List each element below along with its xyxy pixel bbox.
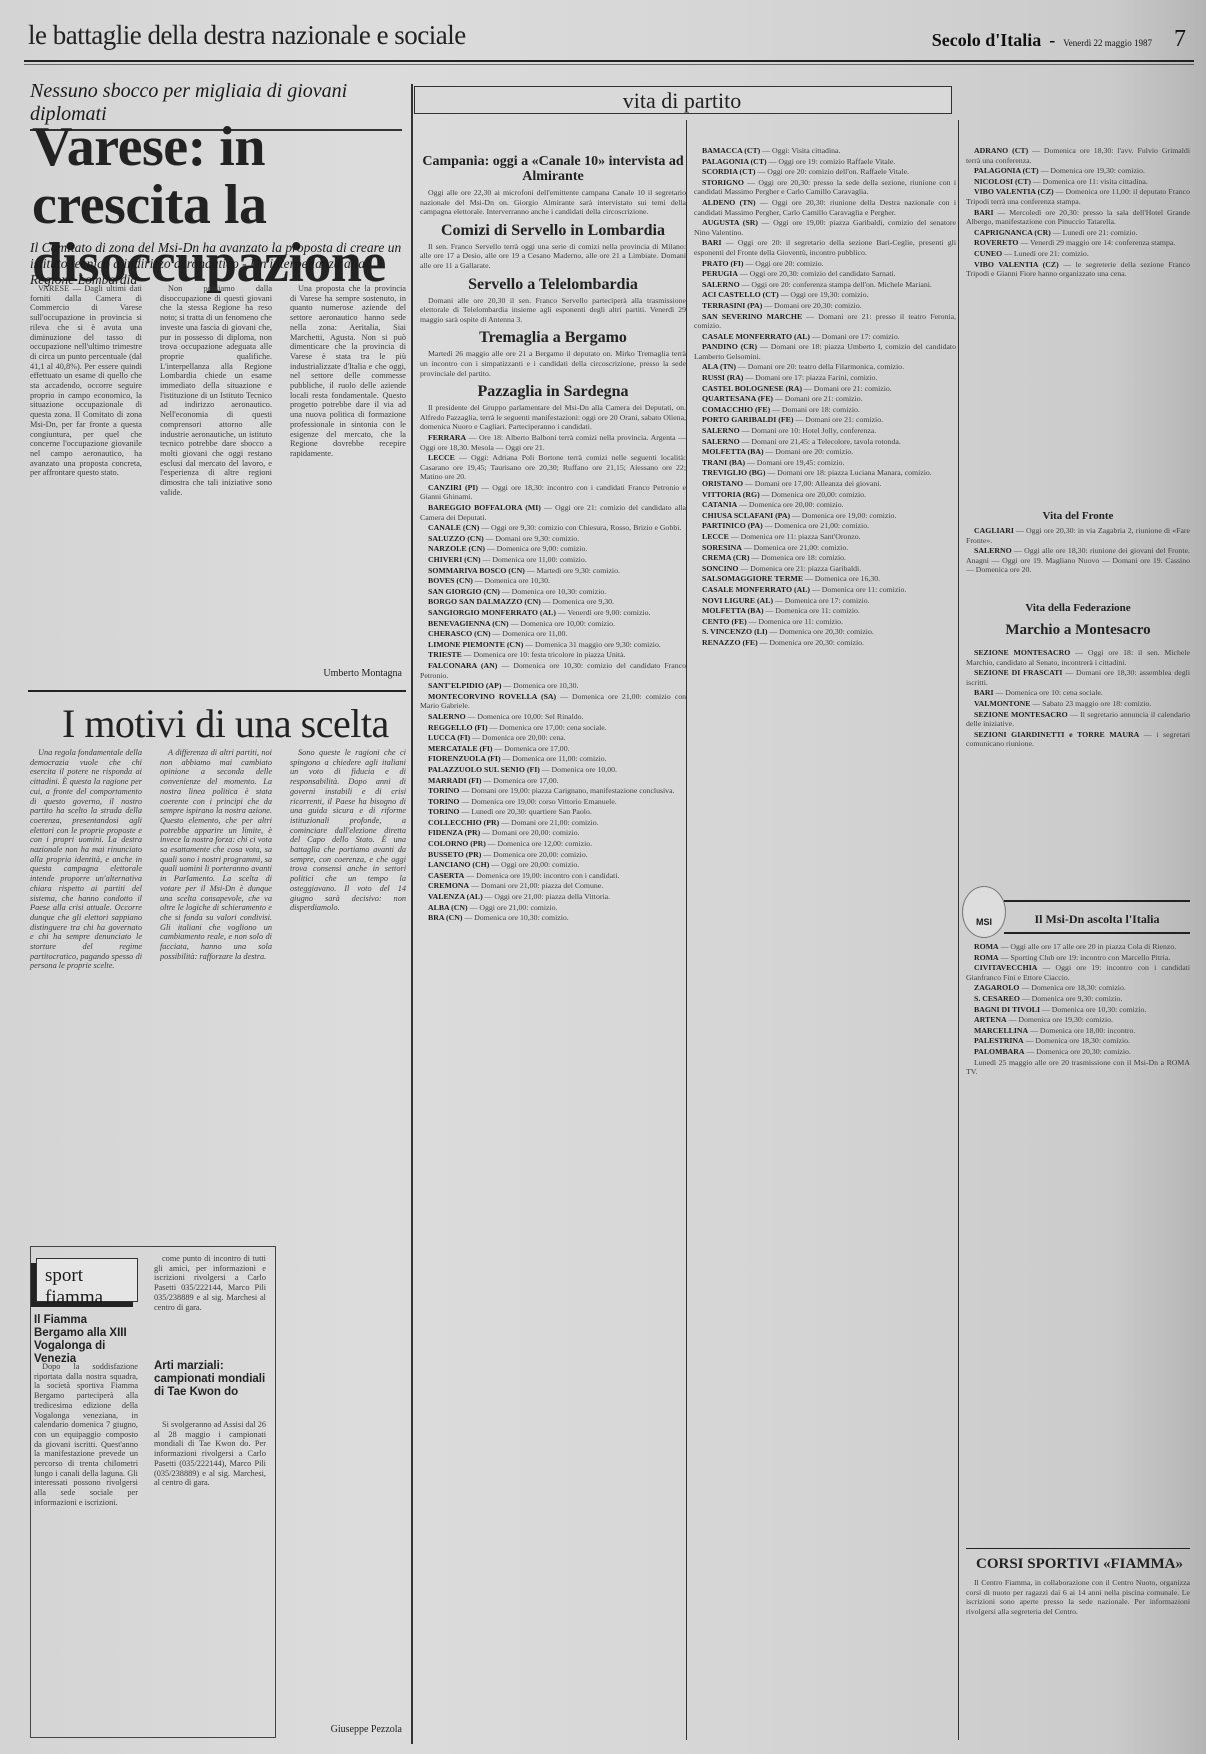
- party-item-body: Domani alle ore 20,30 il sen. Franco Ser…: [420, 296, 686, 325]
- event-item: CREMONA — Domani ore 21,00: piazza del C…: [420, 881, 686, 891]
- event-item: BORGO SAN DALMAZZO (CN) — Domenica ore 9…: [420, 597, 686, 607]
- event-item: BARI — Mercoledì ore 20,30: presso la sa…: [966, 208, 1190, 227]
- event-item: PALAGONIA (CT) — Domenica ore 19,30: com…: [966, 166, 1190, 176]
- event-item: SOMMARIVA BOSCO (CN) — Martedì ore 9,30:…: [420, 566, 686, 576]
- event-item: MARCELLINA — Domenica ore 18,00: incontr…: [966, 1026, 1190, 1036]
- radio-events: ROMA — Oggi alle ore 17 alle ore 20 in p…: [966, 942, 1190, 1538]
- event-item: SALERNO — Domenica ore 10,00: Sel Rinald…: [420, 712, 686, 722]
- event-item: PALESTRINA — Domenica ore 18,30: comizio…: [966, 1036, 1190, 1046]
- federazione-events: SEZIONE MONTESACRO — Oggi ore 18: il sen…: [966, 648, 1190, 878]
- header-rule: [24, 60, 1194, 62]
- party-column-1: Campania: oggi a «Canale 10» intervista …: [420, 148, 686, 1748]
- column-divider: [686, 120, 687, 1740]
- event-item: RENAZZO (FE) — Domenica ore 20,30: comiz…: [694, 638, 956, 648]
- event-item: CASTEL BOLOGNESE (RA) — Domani ore 21: c…: [694, 384, 956, 394]
- event-item: CASERTA — Domenica ore 19,00: incontro c…: [420, 871, 686, 881]
- event-item: TRANI (BA) — Domani ore 19,45: comizio.: [694, 458, 956, 468]
- event-item: TORINO — Domani ore 19,00: piazza Carign…: [420, 786, 686, 796]
- party-item-title: Pazzaglia in Sardegna: [420, 384, 686, 399]
- event-item: LIMONE PIEMONTE (CN) — Domenica 31 maggi…: [420, 640, 686, 650]
- event-item: VALENZA (AL) — Oggi ore 21,00: piazza de…: [420, 892, 686, 902]
- event-item: ALBA (CN) — Oggi ore 21,00: comizio.: [420, 903, 686, 913]
- event-item: SEZIONE MONTESACRO — Oggi ore 18: il sen…: [966, 648, 1190, 667]
- second-column-1: Una regola fondamentale della democrazia…: [30, 748, 142, 1238]
- event-item: BAREGGIO BOFFALORA (MI) — Oggi ore 21: c…: [420, 503, 686, 522]
- event-item: TREVIGLIO (BG) — Domani ore 18: piazza L…: [694, 468, 956, 478]
- second-headline: I motivi di una scelta: [62, 700, 389, 747]
- event-item: SANT'ELPIDIO (AP) — Domenica ore 10,30.: [420, 681, 686, 691]
- event-item: NOVI LIGURE (AL) — Domenica ore 17: comi…: [694, 596, 956, 606]
- sport-article-body: Dopo la soddisfazione riportata dalla no…: [34, 1362, 138, 1732]
- party-item-title: Tremaglia a Bergamo: [420, 330, 686, 345]
- event-item: PALAZZUOLO SUL SENIO (FI) — Domenica ore…: [420, 765, 686, 775]
- event-item: VIBO VALENTIA (CZ) — le segreterie della…: [966, 260, 1190, 279]
- event-item: FALCONARA (AN) — Domenica ore 10,30: com…: [420, 661, 686, 680]
- event-item: ZAGAROLO — Domenica ore 18,30: comizio.: [966, 983, 1190, 993]
- lead-column-text: Non possiamo dalla disoccupazione di que…: [160, 284, 272, 497]
- event-item: BAMACCA (CT) — Oggi: Visita cittadina.: [694, 146, 956, 156]
- event-item: SALERNO — Oggi ore 20: conferenza stampa…: [694, 280, 956, 290]
- event-item: FIORENZUOLA (FI) — Domenica ore 11,00: c…: [420, 754, 686, 764]
- second-column-2: A differenza di altri partiti, noi non a…: [160, 748, 272, 1238]
- event-item: SORESINA — Domenica ore 21,00: comizio.: [694, 543, 956, 553]
- event-item: COMACCHIO (FE) — Domani ore 18: comizio.: [694, 405, 956, 415]
- event-item: PORTO GARIBALDI (FE) — Domani ore 21: co…: [694, 415, 956, 425]
- party-item-body: Oggi alle ore 22,30 ai microfoni dell'em…: [420, 188, 686, 217]
- corsi-body: Il Centro Fiamma, in collaborazione con …: [966, 1578, 1190, 1738]
- event-item: SEZIONE DI FRASCATI — Domani ore 18,30: …: [966, 668, 1190, 687]
- lead-column-3: Una proposta che la provincia di Varese …: [290, 284, 406, 640]
- second-column-text: A differenza di altri partiti, noi non a…: [160, 748, 272, 961]
- column-divider: [411, 84, 413, 1744]
- event-item: CASALE MONFERRATO (AL) — Domenica ore 11…: [694, 585, 956, 595]
- event-item: SCORDIA (CT) — Oggi ore 20: comizio dell…: [694, 167, 956, 177]
- event-item: NICOLOSI (CT) — Domenica ore 11: visita …: [966, 177, 1190, 187]
- event-item: REGGELLO (FI) — Domenica ore 17,00: cena…: [420, 723, 686, 733]
- event-item: CHIVERI (CN) — Domenica ore 11,00: comiz…: [420, 555, 686, 565]
- sport-article-body: Si svolgeranno ad Assisi dal 26 al 28 ma…: [154, 1420, 266, 1730]
- event-item: CAGLIARI — Oggi ore 20,30: in via Zagabr…: [966, 526, 1190, 545]
- event-item: TORINO — Domenica ore 19,00: corso Vitto…: [420, 797, 686, 807]
- event-item: BARI — Oggi ore 20: il segretario della …: [694, 238, 956, 257]
- sport-article-title: Il Fiamma Bergamo alla XIII Vogalonga di…: [34, 1314, 138, 1366]
- masthead-separator: -: [1049, 30, 1055, 51]
- event-item: MONTECORVINO ROVELLA (SA) — Domenica ore…: [420, 692, 686, 711]
- corsi-text: Il Centro Fiamma, in collaborazione con …: [966, 1578, 1190, 1616]
- lead-column-text: VARESE — Dagli ultimi dati forniti dalla…: [30, 284, 142, 478]
- event-item: CHERASCO (CN) — Domenica ore 11,00.: [420, 629, 686, 639]
- sport-logo-text: sport fiamma: [37, 1259, 137, 1309]
- event-item: BENEVAGIENNA (CN) — Domenica ore 10,00: …: [420, 619, 686, 629]
- event-item: COLLECCHIO (PR) — Domani ore 21,00: comi…: [420, 818, 686, 828]
- event-item: LUCCA (FI) — Domenica ore 20,00: cena.: [420, 733, 686, 743]
- event-item: TRIESTE — Domenica ore 10: festa tricolo…: [420, 650, 686, 660]
- party-column-2: BAMACCA (CT) — Oggi: Visita cittadina.PA…: [694, 146, 956, 1746]
- party-item-body: Il presidente del Gruppo parlamentare de…: [420, 403, 686, 432]
- party-item-title: Servello a Telelombardia: [420, 277, 686, 292]
- event-item: SEZIONE MONTESACRO — Il segretario annun…: [966, 710, 1190, 729]
- event-item: COLORNO (PR) — Domenica ore 12,00: comiz…: [420, 839, 686, 849]
- corsi-title: CORSI SPORTIVI «FIAMMA»: [976, 1556, 1183, 1573]
- event-item: ROMA — Oggi alle ore 17 alle ore 20 in p…: [966, 942, 1190, 952]
- second-column-text: Una regola fondamentale della democrazia…: [30, 748, 142, 971]
- event-item: SAN GIORGIO (CN) — Domenica ore 10,30: c…: [420, 587, 686, 597]
- events-list: ADRANO (CT) — Domenica ore 18,30: l'avv.…: [966, 146, 1190, 279]
- event-item: SAN SEVERINO MARCHE — Domani ore 21: pre…: [694, 312, 956, 331]
- sport-article-text: Dopo la soddisfazione riportata dalla no…: [34, 1362, 138, 1508]
- party-item-title: Campania: oggi a «Canale 10» intervista …: [420, 154, 686, 184]
- event-item: CIVITAVECCHIA — Oggi ore 19: incontro co…: [966, 963, 1190, 982]
- event-item: QUARTESANA (FE) — Domani ore 21: comizio…: [694, 394, 956, 404]
- event-item: ADRANO (CT) — Domenica ore 18,30: l'avv.…: [966, 146, 1190, 165]
- event-item: SALERNO — Domani ore 10: Hotel Jolly, co…: [694, 426, 956, 436]
- event-item: SALERNO — Oggi alle ore 18,30: riunione …: [966, 546, 1190, 575]
- event-item: VALMONTONE — Sabato 23 maggio ore 18: co…: [966, 699, 1190, 709]
- sport-intro-continued: come punto di incontro di tutti gli amic…: [154, 1254, 266, 1348]
- event-item: SANGIORGIO MONFERRATO (AL) — Venerdì ore…: [420, 608, 686, 618]
- local-events-list: FERRARA — Ore 18: Alberto Balboni terrà …: [420, 433, 686, 923]
- event-item: ROVERETO — Venerdì 29 maggio ore 14: con…: [966, 238, 1190, 248]
- lead-deck: Il Comitato di zona del Msi-Dn ha avanza…: [30, 240, 406, 288]
- event-item: PALAGONIA (CT) — Oggi ore 19: comizio Ra…: [694, 157, 956, 167]
- event-item: S. CESAREO — Domenica ore 9,30: comizio.: [966, 994, 1190, 1004]
- event-item: ACI CASTELLO (CT) — Oggi ore 19,30: comi…: [694, 290, 956, 300]
- radio-rule-bottom: [1004, 932, 1190, 934]
- lead-byline: Umberto Montagna: [290, 668, 402, 679]
- issue-date: Venerdì 22 maggio 1987: [1063, 38, 1152, 48]
- event-item: CHIUSA SCLAFANI (PA) — Domenica ore 19,0…: [694, 511, 956, 521]
- event-item: PERUGIA — Oggi ore 20,30: comizio del ca…: [694, 269, 956, 279]
- federazione-subtitle: Marchio a Montesacro: [966, 622, 1190, 639]
- radio-title: Il Msi-Dn ascolta l'Italia: [1004, 912, 1190, 927]
- event-item: CANZIRI (PI) — Oggi ore 18,30: incontro …: [420, 483, 686, 502]
- sport-fiamma-logo: sport fiamma: [36, 1258, 138, 1302]
- events-list: BAMACCA (CT) — Oggi: Visita cittadina.PA…: [694, 146, 956, 648]
- lead-column-1: VARESE — Dagli ultimi dati forniti dalla…: [30, 284, 142, 676]
- event-item: SONCINO — Domenica ore 21: piazza Gariba…: [694, 564, 956, 574]
- event-item: MERCATALE (FI) — Domenica ore 17,00.: [420, 744, 686, 754]
- event-item: RUSSI (RA) — Domani ore 17: piazza Farin…: [694, 373, 956, 383]
- event-item: BUSSETO (PR) — Domenica ore 20,00: comiz…: [420, 850, 686, 860]
- lead-column-text: Una proposta che la provincia di Varese …: [290, 284, 406, 459]
- event-item: SALSOMAGGIORE TERME — Domenica ore 16,30…: [694, 574, 956, 584]
- party-column-3: ADRANO (CT) — Domenica ore 18,30: l'avv.…: [966, 146, 1190, 486]
- page-number: 7: [1174, 26, 1186, 53]
- radio-rule-top: [1004, 900, 1190, 902]
- fronte-events: CAGLIARI — Oggi ore 20,30: in via Zagabr…: [966, 526, 1190, 586]
- federazione-title: Vita della Federazione: [966, 602, 1190, 614]
- vita-di-partito-title: vita di partito: [414, 88, 950, 114]
- event-item: S. VINCENZO (LI) — Domenica ore 20,30: c…: [694, 627, 956, 637]
- corsi-rule: [966, 1548, 1190, 1549]
- newspaper-page: le battaglie della destra nazionale e so…: [0, 0, 1206, 1754]
- event-item: VIBO VALENTIA (CZ) — Domenica ore 11,00:…: [966, 187, 1190, 206]
- event-item: FIDENZA (PR) — Domani ore 20,00: comizio…: [420, 828, 686, 838]
- event-item: MOLFETTA (BA) — Domenica ore 11: comizio…: [694, 606, 956, 616]
- event-item: BAGNI DI TIVOLI — Domenica ore 10,30: co…: [966, 1005, 1190, 1015]
- event-item: ORISTANO — Domani ore 17,00: Alleanza de…: [694, 479, 956, 489]
- event-item: LECCE — Domenica ore 11: piazza Sant'Oro…: [694, 532, 956, 542]
- event-item: CUNEO — Lunedì ore 21: comizio.: [966, 249, 1190, 259]
- event-item: BOVES (CN) — Domenica ore 10,30.: [420, 576, 686, 586]
- event-item: PRATO (FI) — Oggi ore 20: comizio.: [694, 259, 956, 269]
- masthead: Secolo d'Italia - Venerdì 22 maggio 1987…: [932, 26, 1186, 53]
- lead-column-2: Non possiamo dalla disoccupazione di que…: [160, 284, 272, 676]
- event-item: CANALE (CN) — Oggi ore 9,30: comizio con…: [420, 523, 686, 533]
- event-item: ALA (TN) — Domani ore 20: teatro della F…: [694, 362, 956, 372]
- event-item: SALUZZO (CN) — Domani ore 9,30: comizio.: [420, 534, 686, 544]
- event-item: CATANIA — Domenica ore 20,00: comizio.: [694, 500, 956, 510]
- event-item: AUGUSTA (SR) — Oggi ore 19,00: piazza Ga…: [694, 218, 956, 237]
- event-item: LANCIANO (CH) — Oggi ore 20,00: comizio.: [420, 860, 686, 870]
- events-list: ROMA — Oggi alle ore 17 alle ore 20 in p…: [966, 942, 1190, 1077]
- party-item-body: Il sen. Franco Servello terrà oggi una s…: [420, 242, 686, 271]
- event-item: ALDENO (TN) — Oggi ore 20,30: riunione d…: [694, 198, 956, 217]
- event-item: NARZOLE (CN) — Domenica ore 9,00: comizi…: [420, 544, 686, 554]
- second-column-text: Sono queste le ragioni che ci spingono a…: [290, 748, 406, 913]
- event-item: STORIGNO — Oggi ore 20,30: presso la sed…: [694, 178, 956, 197]
- event-item: CREMA (CR) — Domenica ore 18: comizio.: [694, 553, 956, 563]
- msi-logo-text: MSI: [963, 917, 1005, 927]
- second-byline: Giuseppe Pezzola: [290, 1724, 402, 1735]
- event-item: LECCE — Oggi: Adriana Poli Bortone terrà…: [420, 453, 686, 482]
- sport-intro-text: come punto di incontro di tutti gli amic…: [154, 1254, 266, 1312]
- event-item: CAPRIGNANCA (CR) — Lunedì ore 21: comizi…: [966, 228, 1190, 238]
- sport-article-title: Arti marziali: campionati mondiali di Ta…: [154, 1360, 266, 1399]
- event-item: ARTENA — Domenica ore 19,30: comizio.: [966, 1015, 1190, 1025]
- event-item: SEZIONI GIARDINETTI e TORRE MAURA — i se…: [966, 730, 1190, 749]
- section-title: le battaglie della destra nazionale e so…: [28, 20, 466, 51]
- column-divider: [958, 120, 959, 1740]
- event-item: PARTINICO (PA) — Domenica ore 21,00: com…: [694, 521, 956, 531]
- sport-article-text: Si svolgeranno ad Assisi dal 26 al 28 ma…: [154, 1420, 266, 1488]
- article-divider: [28, 690, 406, 692]
- event-item: MARRADI (FI) — Domenica ore 17,00.: [420, 776, 686, 786]
- second-column-3: Sono queste le ragioni che ci spingono a…: [290, 748, 406, 1718]
- party-item-title: Comizi di Servello in Lombardia: [420, 223, 686, 238]
- events-list: SEZIONE MONTESACRO — Oggi ore 18: il sen…: [966, 648, 1190, 749]
- party-item-body: Martedì 26 maggio alle ore 21 a Bergamo …: [420, 349, 686, 378]
- event-item: Lunedì 25 maggio alle ore 20 trasmission…: [966, 1058, 1190, 1077]
- event-item: SALERNO — Domani ore 21,45: a Telecolore…: [694, 437, 956, 447]
- newspaper-name: Secolo d'Italia: [932, 30, 1042, 51]
- event-item: CENTO (FE) — Domenica ore 11: comizio.: [694, 617, 956, 627]
- event-item: CASALE MONFERRATO (AL) — Domani ore 17: …: [694, 332, 956, 342]
- event-item: PANDINO (CR) — Domani ore 18: piazza Umb…: [694, 342, 956, 361]
- event-item: TORINO — Lunedì ore 20,30: quartiere San…: [420, 807, 686, 817]
- event-item: ROMA — Sporting Club ore 19: incontro co…: [966, 953, 1190, 963]
- event-item: TERRASINI (PA) — Domani ore 20,30: comiz…: [694, 301, 956, 311]
- events-list: CAGLIARI — Oggi ore 20,30: in via Zagabr…: [966, 526, 1190, 575]
- event-item: VITTORIA (RG) — Domenica ore 20,00: comi…: [694, 490, 956, 500]
- msi-flame-logo: MSI: [962, 886, 1006, 938]
- fronte-title: Vita del Fronte: [966, 510, 1190, 522]
- event-item: FERRARA — Ore 18: Alberto Balboni terrà …: [420, 433, 686, 452]
- event-item: MOLFETTA (BA) — Domani ore 20: comizio.: [694, 447, 956, 457]
- event-item: BRA (CN) — Domenica ore 10,30: comizio.: [420, 913, 686, 923]
- event-item: BARI — Domenica ore 10: cena sociale.: [966, 688, 1190, 698]
- header-rule-thin: [24, 64, 1194, 65]
- event-item: PALOMBARA — Domenica ore 20,30: comizio.: [966, 1047, 1190, 1057]
